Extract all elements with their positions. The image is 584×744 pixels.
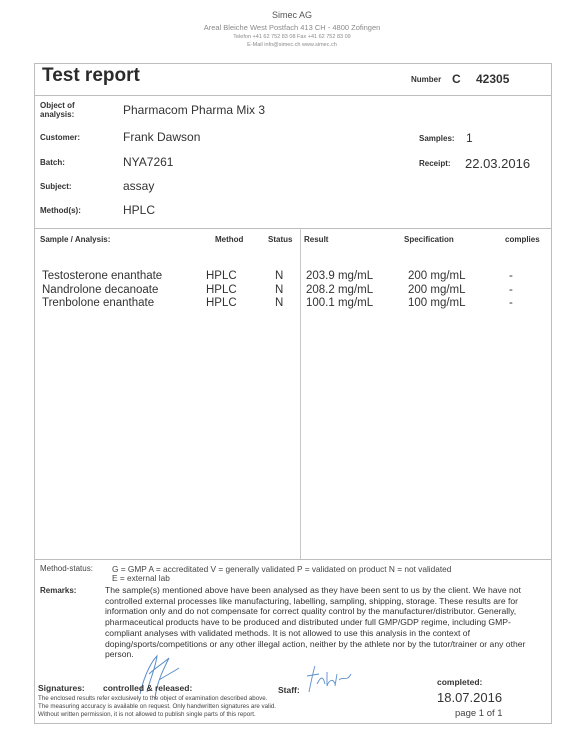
signature-staff-icon [305,662,355,696]
footnote: The enclosed results refer exclusively t… [38,695,368,719]
row-method: HPLC [206,270,237,282]
staff-label: Staff: [278,685,300,695]
object-label: Object of analysis: [40,101,75,119]
footnote-line2: The measuring accuracy is available on r… [38,703,368,711]
row-status: N [275,284,283,296]
report-number-prefix: C [452,72,461,86]
header-result: Result [304,235,328,244]
footnote-line1: The enclosed results refer exclusively t… [38,695,368,703]
batch-label: Batch: [40,158,65,167]
row-status: N [275,297,283,309]
controlled-released-label: controlled & released: [103,683,192,693]
header-complies: complies [505,235,540,244]
samples-value: 1 [466,131,473,145]
report-number: 42305 [476,72,509,86]
customer-label: Customer: [40,133,80,142]
object-label-line1: Object of [40,101,75,110]
method-status-legend-external: E = external lab [112,573,170,583]
remarks-label: Remarks: [40,586,76,595]
customer-value: Frank Dawson [123,130,200,144]
receipt-value: 22.03.2016 [465,156,530,171]
divider-info [34,228,552,229]
header-specification: Specification [404,235,454,244]
divider-title [34,95,552,96]
row-complies: - [509,270,513,282]
row-sample: Nandrolone decanoate [42,284,158,296]
samples-label: Samples: [419,134,455,143]
company-email: E-Mail info@simec.ch www.simec.ch [0,42,584,48]
subject-value: assay [123,179,154,193]
table-column-divider [300,228,301,559]
row-complies: - [509,284,513,296]
company-address: Areal Bleiche West Postfach 413 CH - 480… [0,23,584,32]
page-indicator: page 1 of 1 [455,708,503,719]
row-result: 100.1 mg/mL [306,297,373,309]
row-specification: 200 mg/mL [408,284,466,296]
signatures-label: Signatures: [38,683,85,693]
object-value: Pharmacom Pharma Mix 3 [123,103,265,117]
methods-label: Method(s): [40,206,81,215]
report-number-label: Number [411,75,441,84]
subject-label: Subject: [40,182,72,191]
completed-label: completed: [437,677,482,687]
footnote-line3: Without written permission, it is not al… [38,711,368,719]
row-specification: 200 mg/mL [408,270,466,282]
company-phone: Telefon +41 62 752 83 08 Fax +41 62 752 … [0,34,584,40]
header-sample: Sample / Analysis: [40,235,110,244]
batch-value: NYA7261 [123,155,173,169]
row-result: 203.9 mg/mL [306,270,373,282]
row-specification: 100 mg/mL [408,297,466,309]
completed-date: 18.07.2016 [437,690,502,705]
receipt-label: Receipt: [419,159,451,168]
company-name: Simec AG [0,10,584,20]
row-complies: - [509,297,513,309]
header-status: Status [268,235,292,244]
row-method: HPLC [206,284,237,296]
row-sample: Trenbolone enanthate [42,297,154,309]
row-status: N [275,270,283,282]
header-method: Method [215,235,243,244]
row-sample: Testosterone enanthate [42,270,162,282]
method-status-label: Method-status: [40,564,93,573]
report-title: Test report [42,65,140,87]
divider-table [34,559,552,560]
row-method: HPLC [206,297,237,309]
object-label-line2: analysis: [40,110,75,119]
row-result: 208.2 mg/mL [306,284,373,296]
methods-value: HPLC [123,203,155,217]
remarks-text: The sample(s) mentioned above have been … [105,585,545,660]
